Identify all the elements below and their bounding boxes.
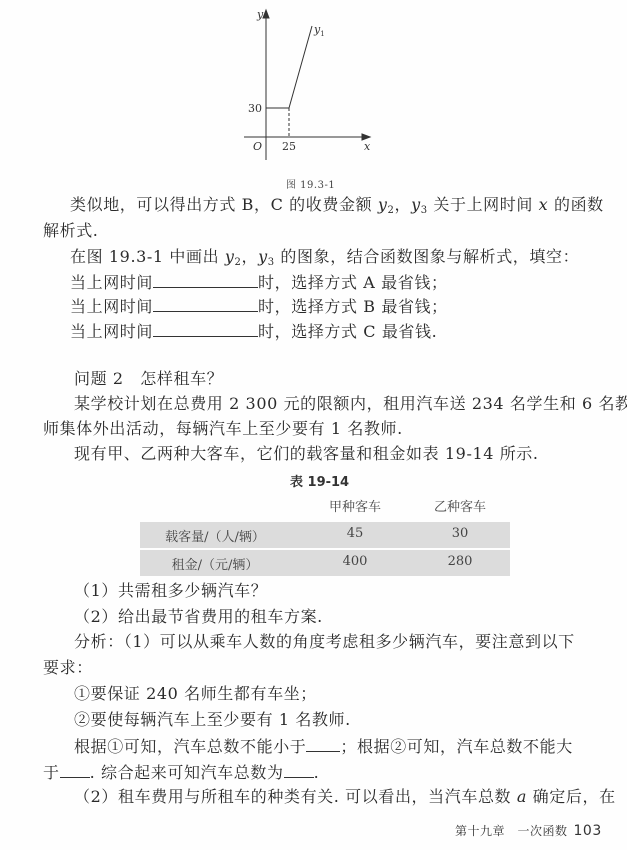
requirement-1: ①要保证 240 名师生都有车坐；	[74, 684, 317, 704]
table-cell: 租金/（元/辆）	[140, 554, 290, 573]
function-graph: y x O 30 25 y1	[230, 0, 390, 170]
table-row: 载客量/（人/辆） 45 30	[140, 522, 510, 548]
figure-caption: 图 19.3-1	[286, 176, 335, 191]
question-2: （2）给出最节省费用的租车方案.	[74, 607, 323, 627]
x-axis-label: x	[364, 140, 371, 153]
table-title: 表 19-14	[290, 471, 349, 490]
page-footer: 第十九章 一次函数103	[455, 822, 602, 839]
conclusion-line: 根据①可知，汽车总数不能小于；根据②可知，汽车总数不能大	[74, 736, 573, 757]
table-cell: 30	[415, 526, 505, 541]
answer-blank[interactable]	[306, 736, 340, 752]
answer-blank[interactable]	[153, 321, 258, 337]
line-y1	[266, 26, 312, 108]
table-cell: 280	[415, 554, 505, 569]
paragraph-line: （2）租车费用与所租车的种类有关. 可以看出，当汽车总数 a 确定后，在	[74, 787, 616, 807]
paragraph-line: 类似地，可以得出方式 B，C 的收费金额 y2，y3 关于上网时间 x 的函数	[70, 195, 604, 221]
table-cell: 400	[310, 554, 400, 569]
table-header: 乙种客车	[415, 496, 505, 515]
page-number: 103	[574, 823, 602, 839]
problem-title: 问题 2 怎样租车？	[74, 369, 223, 389]
question-1: （1）共需租多少辆汽车？	[74, 581, 267, 601]
y-axis-label: y	[256, 8, 264, 21]
paragraph-line: 师集体外出活动，每辆汽车上至少要有 1 名教师.	[43, 419, 403, 439]
x-tick-25: 25	[282, 140, 296, 153]
answer-blank[interactable]	[153, 296, 258, 312]
requirement-2: ②要使每辆汽车上至少要有 1 名教师.	[74, 710, 351, 730]
paragraph-line: 在图 19.3-1 中画出 y2，y3 的图象，结合函数图象与解析式，填空：	[70, 247, 579, 273]
paragraph-line: 分析：（1）可以从乘车人数的角度考虑租多少辆汽车，要注意到以下	[74, 632, 575, 652]
fill-in-line-b: 当上网时间时，选择方式 B 最省钱；	[70, 296, 448, 317]
table-cell: 45	[310, 526, 400, 541]
answer-blank[interactable]	[284, 762, 314, 778]
conclusion-line: 于. 综合起来可知汽车总数为.	[43, 762, 319, 783]
y-arrow-icon	[263, 10, 269, 18]
paragraph-line: 某学校计划在总费用 2 300 元的限额内，租用汽车送 234 名学生和 6 名…	[74, 394, 627, 414]
paragraph-line: 解析式.	[43, 221, 99, 241]
table-cell: 载客量/（人/辆）	[140, 526, 290, 545]
line-label: y1	[313, 23, 325, 38]
fill-in-line-a: 当上网时间时，选择方式 A 最省钱；	[70, 272, 448, 293]
table-header-row: 甲种客车 乙种客车	[140, 492, 510, 518]
paragraph-line: 要求：	[43, 658, 93, 678]
y-tick-30: 30	[248, 102, 262, 115]
answer-blank[interactable]	[60, 762, 90, 778]
answer-blank[interactable]	[153, 272, 258, 288]
table-row: 租金/（元/辆） 400 280	[140, 550, 510, 576]
chapter-title: 第十九章 一次函数	[455, 824, 568, 838]
paragraph-line: 现有甲、乙两种大客车，它们的载客量和租金如表 19-14 所示.	[74, 444, 539, 464]
table-header: 甲种客车	[310, 496, 400, 515]
fill-in-line-c: 当上网时间时，选择方式 C 最省钱.	[70, 321, 437, 342]
origin-label: O	[253, 140, 262, 153]
